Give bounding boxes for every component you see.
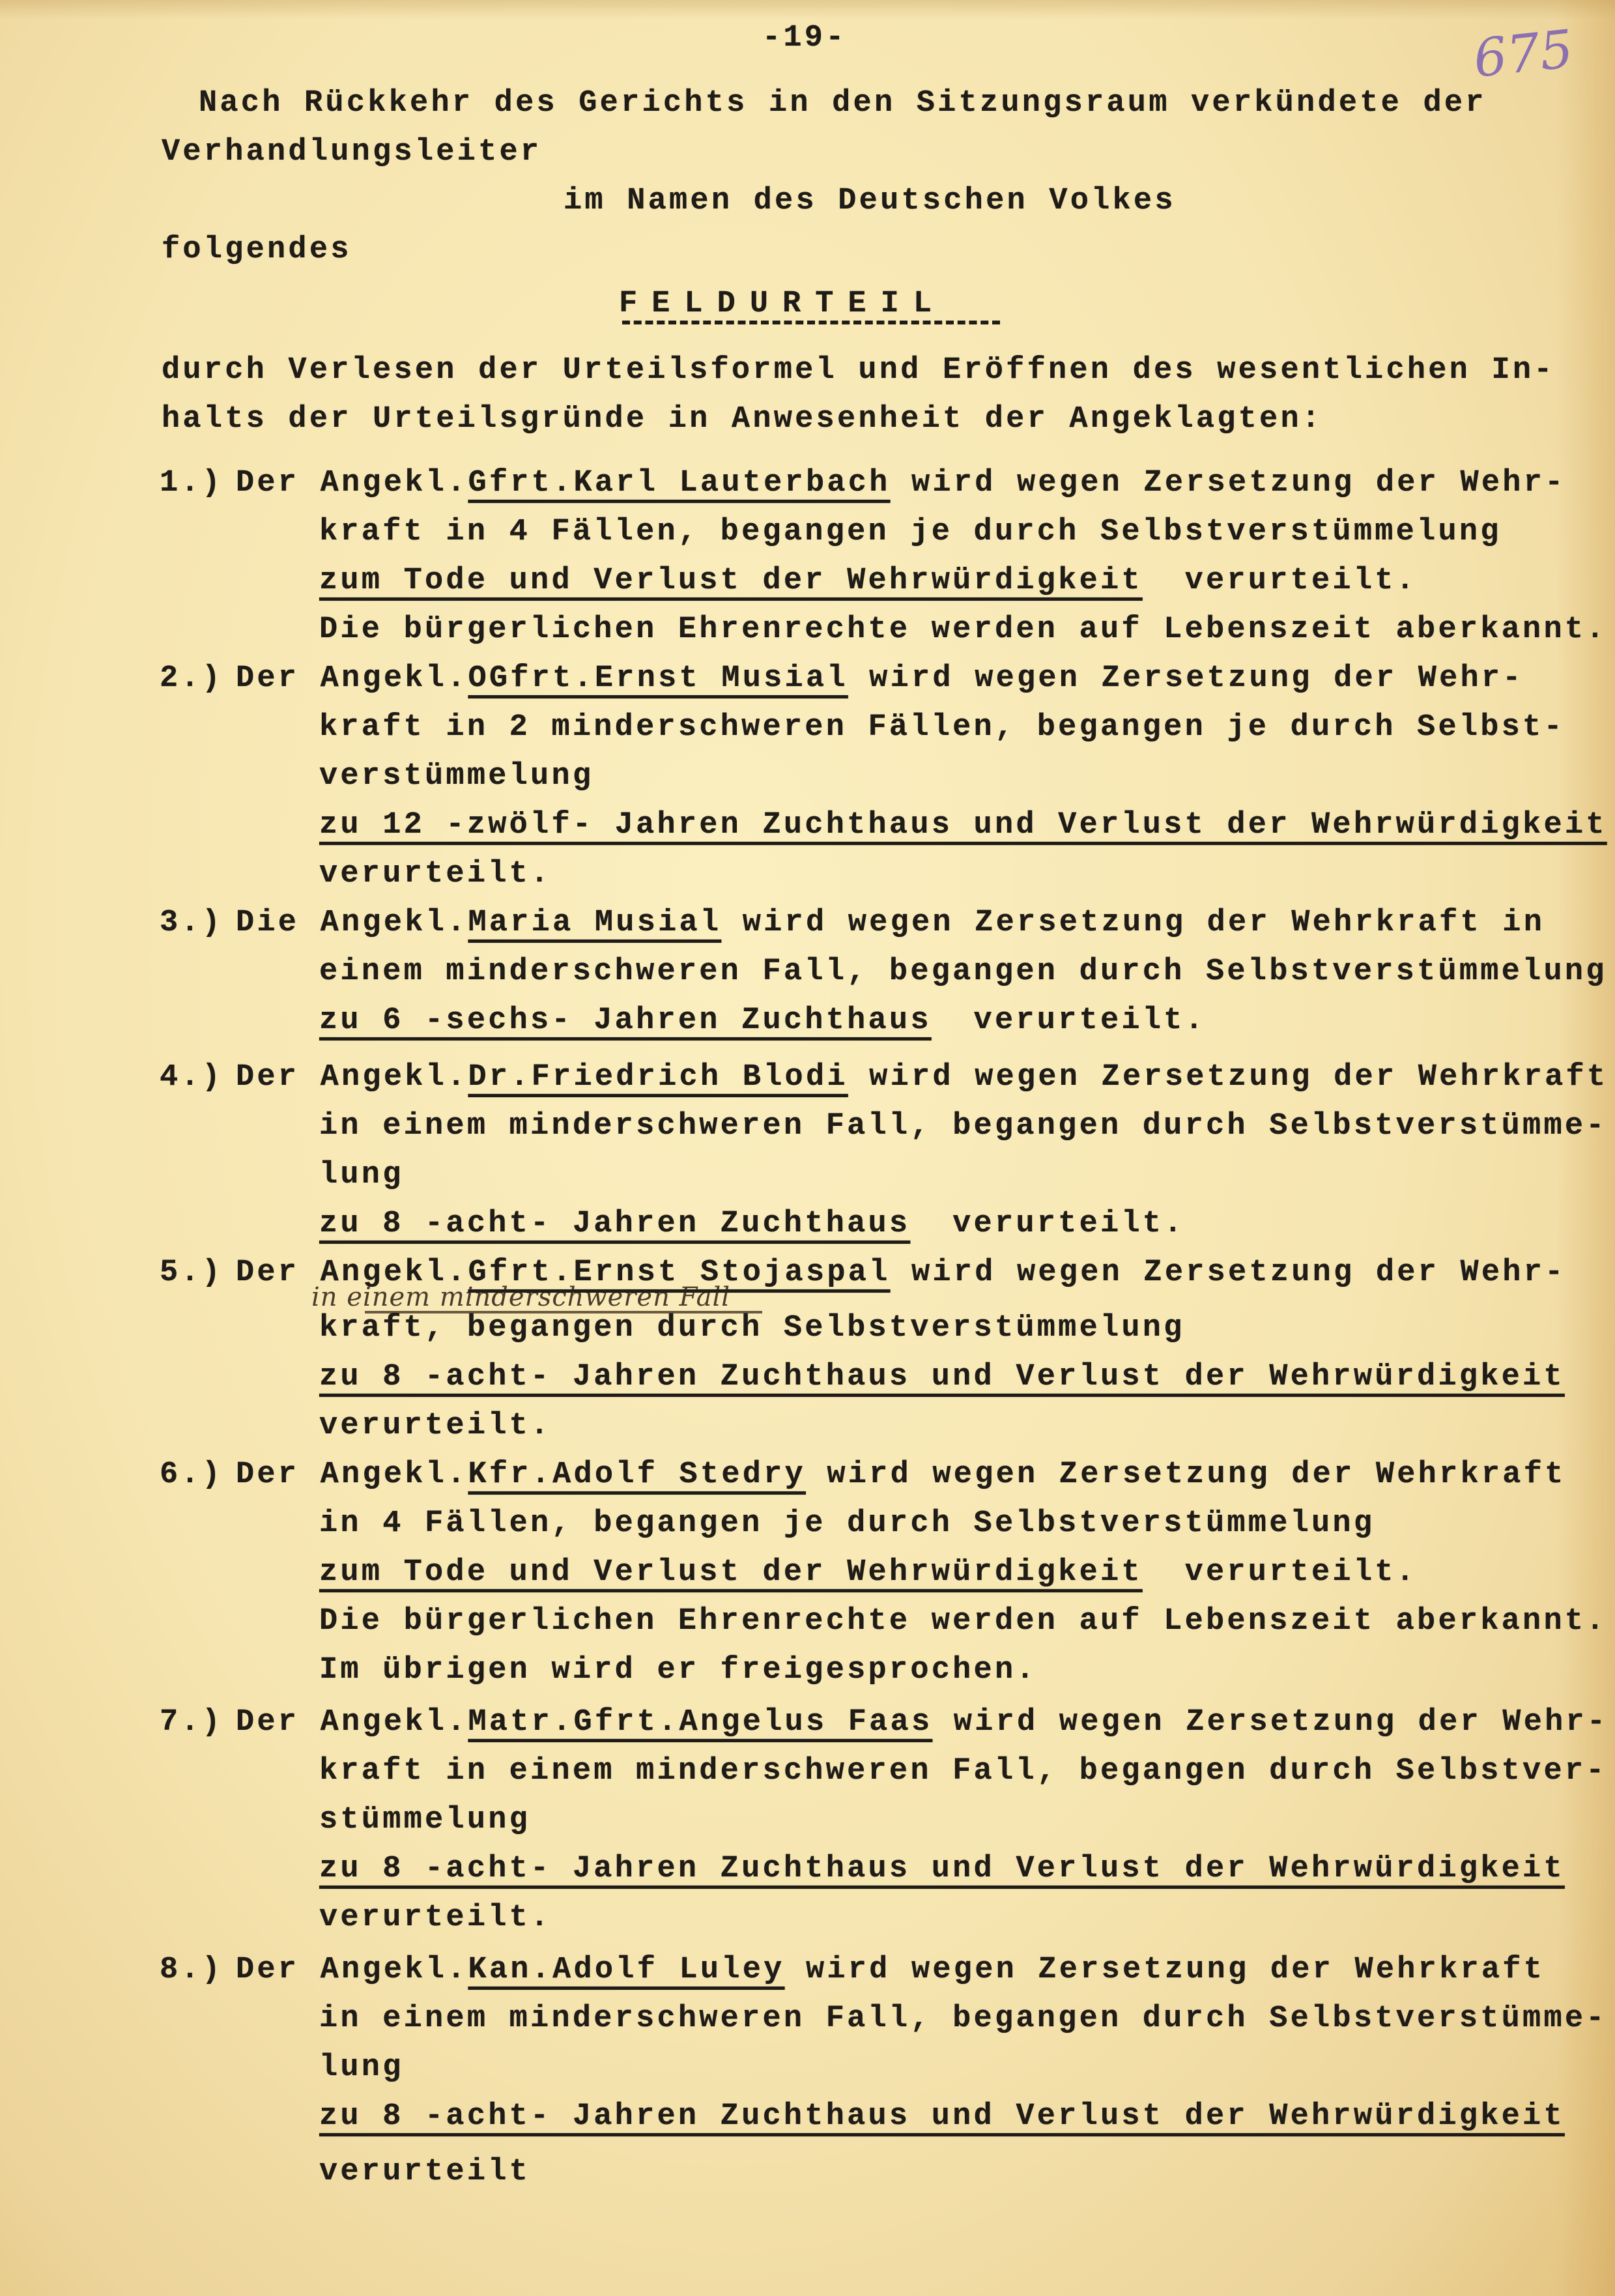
verdict-line-3: zum Tode und Verlust der Wehrwürdigkeit …: [319, 562, 1417, 600]
sentence: zu 8 -acht- Jahren Zuchthaus und Verlust…: [319, 1852, 1565, 1886]
verdict-line-2: kraft in 2 minderschweren Fällen, begang…: [319, 709, 1565, 747]
handwritten-insertion: in einem minderschweren Fall: [311, 1282, 730, 1312]
intro-line-1: Nach Rückkehr des Gerichts in den Sitzun…: [199, 85, 1487, 122]
defendant-prefix: Angekl.: [321, 1705, 468, 1740]
sentence-tail: verurteilt.: [1143, 564, 1417, 598]
defendant-name: Kan.Adolf Luley: [468, 1953, 784, 1987]
verdict-line-2: kraft in einem minderschweren Fall, bega…: [319, 1753, 1607, 1790]
document-title: FELDURTEIL: [619, 285, 946, 323]
sentence-tail: verurteilt.: [932, 1003, 1206, 1038]
defendant-prefix: Angekl.: [321, 906, 468, 940]
verdict-line-2: in 4 Fällen, begangen je durch Selbstver…: [319, 1505, 1375, 1543]
verdict-line-3: lung: [319, 2049, 404, 2087]
verdict-line-5: verurteilt.: [319, 855, 551, 893]
article: Der: [236, 1705, 299, 1740]
article: Der: [236, 1060, 299, 1095]
verdict-line-1: Der Angekl.Dr.Friedrich Blodi wird wegen…: [236, 1059, 1608, 1097]
verdict-number: 7.): [160, 1704, 223, 1742]
defendant-prefix: Angekl.: [321, 466, 468, 500]
verdict-line-3: lung: [319, 1156, 404, 1194]
line-rest: wird wegen Zersetzung der Wehr-: [891, 1256, 1566, 1290]
verdict-line-1: Der Angekl.Matr.Gfrt.Angelus Faas wird w…: [236, 1704, 1608, 1742]
verdict-line-2: einem minderschweren Fall, begangen durc…: [319, 953, 1607, 991]
line-rest: wird wegen Zersetzung der Wehrkraft: [785, 1953, 1545, 1987]
paper-edge-top: [0, 0, 1615, 20]
verdict-line-2: in einem minderschweren Fall, begangen d…: [319, 1108, 1607, 1145]
defendant-name: Kfr.Adolf Stedry: [468, 1457, 805, 1492]
article: Der: [236, 661, 299, 696]
article: Der: [236, 1457, 299, 1492]
verdict-line-1: Die Angekl.Maria Musial wird wegen Zerse…: [236, 904, 1545, 942]
verdict-line-4: verurteilt.: [319, 1407, 551, 1445]
verdict-line-3: stümmelung: [319, 1801, 530, 1839]
verdict-number: 5.): [160, 1254, 223, 1292]
verdict-number: 6.): [160, 1456, 223, 1494]
verdict-line-1: Der Angekl.Kan.Adolf Luley wird wegen Ze…: [236, 1951, 1545, 1989]
verdict-line-4: zu 8 -acht- Jahren Zuchthaus verurteilt.: [319, 1205, 1185, 1243]
verdict-number: 4.): [160, 1059, 223, 1097]
defendant-prefix: Angekl.: [321, 1060, 468, 1095]
verdict-line-3: zu 8 -acht- Jahren Zuchthaus und Verlust…: [319, 1358, 1565, 1396]
verdict-line-4: zu 8 -acht- Jahren Zuchthaus und Verlust…: [319, 2098, 1565, 2136]
verdict-line-4: zu 12 -zwölf- Jahren Zuchthaus und Verlu…: [319, 807, 1607, 844]
verdict-line-2: kraft in 4 Fällen, begangen je durch Sel…: [319, 513, 1502, 551]
line-rest: wird wegen Zersetzung der Wehr-: [932, 1705, 1608, 1740]
page-number: -19-: [762, 20, 847, 57]
article: Der: [236, 466, 299, 500]
line-rest: wird wegen Zersetzung der Wehr-: [848, 661, 1524, 696]
verdict-line-1: Der Angekl.OGfrt.Ernst Musial wird wegen…: [236, 660, 1524, 698]
verdict-line-3: zum Tode und Verlust der Wehrwürdigkeit …: [319, 1554, 1417, 1592]
verdict-line-4: Die bürgerlichen Ehrenrechte werden auf …: [319, 1603, 1607, 1641]
verdict-line-2: in einem minderschweren Fall, begangen d…: [319, 2000, 1607, 2038]
verdict-line-5: verurteilt.: [319, 1899, 551, 1937]
sentence: zum Tode und Verlust der Wehrwürdigkeit: [319, 1555, 1143, 1590]
verdict-number: 3.): [160, 904, 223, 942]
defendant-name: Gfrt.Karl Lauterbach: [468, 466, 890, 500]
intro-line-3: im Namen des Deutschen Volkes: [564, 182, 1176, 220]
sentence: zu 12 -zwölf- Jahren Zuchthaus und Verlu…: [319, 808, 1607, 842]
defendant-name: Maria Musial: [468, 906, 721, 940]
defendant-name: OGfrt.Ernst Musial: [468, 661, 848, 696]
verdict-number: 1.): [160, 465, 223, 502]
intro-line-6: halts der Urteilsgründe in Anwesenheit d…: [162, 401, 1322, 438]
verdict-line-1: Der Angekl.Gfrt.Karl Lauterbach wird weg…: [236, 465, 1566, 502]
verdict-line-5: Im übrigen wird er freigesprochen.: [319, 1652, 1037, 1689]
line-rest: wird wegen Zersetzung der Wehr-: [891, 466, 1566, 500]
verdict-line-4: zu 8 -acht- Jahren Zuchthaus und Verlust…: [319, 1850, 1565, 1888]
defendant-name: Dr.Friedrich Blodi: [468, 1060, 848, 1095]
sentence: zum Tode und Verlust der Wehrwürdigkeit: [319, 564, 1143, 598]
verdict-number: 2.): [160, 660, 223, 698]
defendant-prefix: Angekl.: [321, 1953, 468, 1987]
defendant-prefix: Angekl.: [321, 661, 468, 696]
sentence: zu 8 -acht- Jahren Zuchthaus und Verlust…: [319, 2099, 1565, 2134]
intro-line-2: Verhandlungsleiter: [162, 134, 541, 171]
article: Die: [236, 906, 299, 940]
sentence: zu 6 -sechs- Jahren Zuchthaus: [319, 1003, 932, 1038]
paper-edge-right: [1556, 0, 1615, 2296]
sentence-tail: verurteilt.: [1143, 1555, 1417, 1590]
archive-number-handwritten: 675: [1471, 18, 1577, 89]
verdict-line-1: Der Angekl.Kfr.Adolf Stedry wird wegen Z…: [236, 1456, 1566, 1494]
line-rest: wird wegen Zersetzung der Wehrkraft: [806, 1457, 1566, 1492]
verdict-line-2: kraft, begangen durch Selbstverstümmelun…: [319, 1310, 1185, 1347]
verdict-line-4: Die bürgerlichen Ehrenrechte werden auf …: [319, 611, 1607, 649]
sentence-tail: verurteilt.: [910, 1207, 1184, 1241]
defendant-prefix: Angekl.: [321, 1457, 468, 1492]
line-rest: wird wegen Zersetzung der Wehrkraft in: [721, 906, 1545, 940]
defendant-name: Matr.Gfrt.Angelus Faas: [468, 1705, 932, 1740]
sentence: zu 8 -acht- Jahren Zuchthaus: [319, 1207, 910, 1241]
verdict-number: 8.): [160, 1951, 223, 1989]
verdict-line-3: verstümmelung: [319, 758, 593, 796]
intro-line-4: folgendes: [162, 231, 352, 269]
sentence: zu 8 -acht- Jahren Zuchthaus und Verlust…: [319, 1360, 1565, 1394]
intro-line-5: durch Verlesen der Urteilsformel und Erö…: [162, 352, 1555, 390]
article: Der: [236, 1953, 299, 1987]
title-underline: [622, 321, 1000, 324]
verdict-line-3: zu 6 -sechs- Jahren Zuchthaus verurteilt…: [319, 1002, 1206, 1040]
article: Der: [236, 1256, 299, 1290]
line-rest: wird wegen Zersetzung der Wehrkraft: [848, 1060, 1608, 1095]
verdict-line-5: verurteilt: [319, 2153, 530, 2191]
